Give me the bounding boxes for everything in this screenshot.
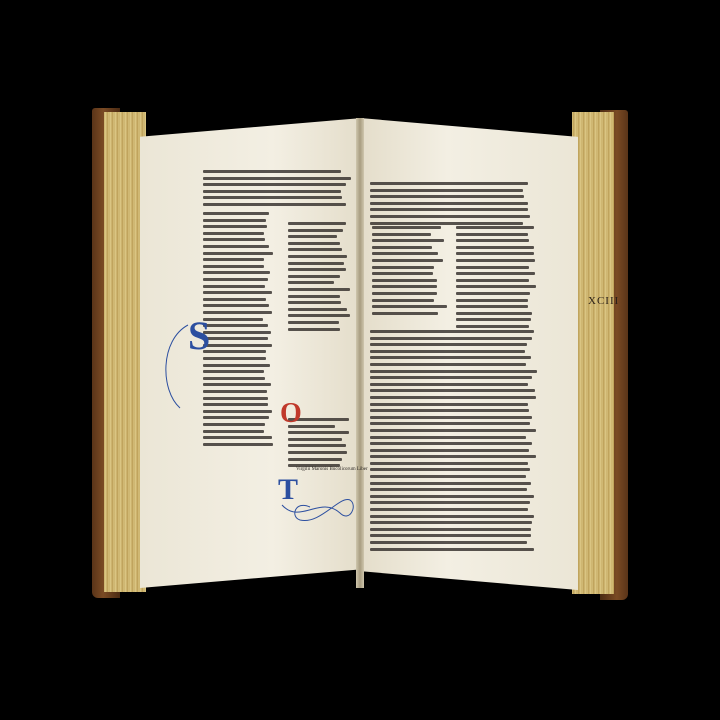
- text-line: [203, 337, 268, 340]
- text-line: [203, 170, 341, 173]
- text-line: [203, 265, 264, 268]
- text-line: [370, 422, 530, 425]
- book-heading: Virgilii Maronis Bucolicorum Liber: [296, 467, 368, 472]
- text-line: [372, 259, 443, 262]
- text-line: [372, 272, 433, 275]
- text-line: [288, 321, 339, 324]
- right-page-commentary-column: [456, 226, 536, 332]
- text-line: [370, 389, 535, 392]
- text-line: [372, 299, 434, 302]
- text-line: [203, 177, 351, 180]
- text-line: [288, 229, 343, 232]
- text-line: [456, 292, 530, 295]
- pen-flourish-left-margin: [150, 320, 190, 410]
- left-page-verse-column: [288, 222, 353, 334]
- text-line: [370, 350, 525, 353]
- text-line: [203, 397, 268, 400]
- text-line: [203, 344, 272, 347]
- right-page-commentary-bottom: [370, 330, 538, 554]
- text-line: [370, 508, 528, 511]
- text-line: [370, 337, 532, 340]
- text-line: [203, 285, 265, 288]
- gilt-page-edges-left: [104, 112, 146, 592]
- text-line: [456, 226, 534, 229]
- pen-flourish-decoration: [280, 495, 360, 535]
- text-line: [372, 305, 447, 308]
- text-line: [203, 304, 269, 307]
- text-line: [370, 488, 527, 491]
- text-line: [370, 468, 530, 471]
- text-line: [370, 436, 526, 439]
- text-line: [370, 482, 531, 485]
- text-line: [370, 495, 534, 498]
- text-line: [203, 278, 268, 281]
- text-line: [372, 246, 432, 249]
- text-line: [456, 279, 529, 282]
- text-line: [203, 219, 266, 222]
- text-line: [370, 376, 532, 379]
- text-line: [203, 370, 264, 373]
- left-page-commentary-top: [203, 170, 353, 210]
- text-line: [203, 190, 341, 193]
- text-line: [370, 449, 529, 452]
- text-line: [456, 285, 536, 288]
- text-line: [370, 182, 528, 185]
- text-line: [370, 416, 532, 419]
- text-line: [203, 410, 272, 413]
- text-line: [456, 246, 534, 249]
- text-line: [288, 268, 346, 271]
- text-line: [456, 266, 529, 269]
- text-line: [456, 325, 529, 328]
- text-line: [456, 318, 531, 321]
- text-line: [372, 233, 431, 236]
- text-line: [288, 438, 342, 441]
- text-line: [203, 416, 269, 419]
- text-line: [288, 444, 346, 447]
- gilt-page-edges-right: [572, 112, 614, 594]
- text-line: [203, 390, 267, 393]
- text-line: [370, 515, 534, 518]
- text-line: [370, 370, 537, 373]
- red-initial-left: O: [280, 394, 302, 434]
- text-line: [372, 285, 437, 288]
- text-line: [456, 259, 535, 262]
- text-line: [288, 308, 347, 311]
- text-line: [456, 239, 529, 242]
- text-line: [203, 318, 263, 321]
- text-line: [288, 242, 340, 245]
- folio-number: XCIII: [588, 295, 619, 307]
- text-line: [370, 462, 528, 465]
- left-page-commentary-column: [203, 212, 273, 449]
- text-line: [370, 534, 531, 537]
- text-line: [456, 299, 528, 302]
- text-line: [370, 475, 526, 478]
- text-line: [203, 238, 265, 241]
- right-page-commentary-top: [370, 182, 535, 228]
- text-line: [370, 409, 529, 412]
- text-line: [370, 208, 528, 211]
- text-line: [288, 235, 337, 238]
- text-line: [203, 225, 267, 228]
- text-line: [288, 295, 340, 298]
- text-line: [203, 383, 271, 386]
- text-line: [203, 203, 346, 206]
- text-line: [370, 548, 534, 551]
- text-line: [370, 383, 528, 386]
- text-line: [203, 357, 266, 360]
- text-line: [203, 377, 265, 380]
- text-line: [203, 271, 270, 274]
- text-line: [370, 222, 523, 225]
- text-line: [370, 330, 534, 333]
- text-line: [370, 541, 527, 544]
- text-line: [370, 343, 527, 346]
- text-line: [456, 252, 534, 255]
- text-line: [288, 222, 346, 225]
- text-line: [370, 528, 531, 531]
- text-line: [456, 312, 532, 315]
- text-line: [370, 403, 528, 406]
- text-line: [372, 226, 441, 229]
- text-line: [203, 252, 273, 255]
- text-line: [203, 298, 266, 301]
- text-line: [370, 501, 530, 504]
- text-line: [288, 262, 344, 265]
- text-line: [288, 328, 340, 331]
- text-line: [288, 248, 342, 251]
- text-line: [370, 195, 524, 198]
- text-line: [288, 281, 334, 284]
- text-line: [372, 312, 438, 315]
- text-line: [370, 189, 523, 192]
- text-line: [203, 245, 269, 248]
- text-line: [288, 301, 341, 304]
- text-line: [288, 451, 347, 454]
- right-page-verse-column: [372, 226, 450, 318]
- text-line: [370, 429, 536, 432]
- text-line: [203, 403, 268, 406]
- text-line: [288, 458, 342, 461]
- text-line: [203, 311, 272, 314]
- text-line: [456, 305, 528, 308]
- text-line: [370, 215, 530, 218]
- text-line: [288, 255, 347, 258]
- text-line: [372, 292, 437, 295]
- text-line: [203, 291, 272, 294]
- text-line: [372, 239, 444, 242]
- text-line: [456, 233, 528, 236]
- text-line: [370, 396, 536, 399]
- text-line: [203, 364, 270, 367]
- text-line: [372, 266, 434, 269]
- text-line: [203, 232, 264, 235]
- text-line: [372, 279, 437, 282]
- text-line: [203, 436, 272, 439]
- text-line: [370, 521, 532, 524]
- text-line: [203, 258, 264, 261]
- text-line: [203, 430, 264, 433]
- text-line: [203, 324, 268, 327]
- text-line: [203, 212, 269, 215]
- text-line: [203, 423, 265, 426]
- text-line: [203, 183, 346, 186]
- text-line: [288, 275, 340, 278]
- text-line: [370, 363, 526, 366]
- text-line: [288, 314, 350, 317]
- text-line: [203, 196, 342, 199]
- blue-initial-left: S: [188, 316, 210, 356]
- text-line: [203, 443, 273, 446]
- text-line: [370, 455, 536, 458]
- text-line: [370, 202, 528, 205]
- text-line: [370, 442, 532, 445]
- text-line: [456, 272, 535, 275]
- text-line: [372, 252, 438, 255]
- text-line: [370, 356, 531, 359]
- text-line: [288, 288, 350, 291]
- text-line: [203, 350, 266, 353]
- open-book: S O T Virgilii Maronis Bucolicorum Liber…: [0, 0, 720, 720]
- text-line: [203, 331, 271, 334]
